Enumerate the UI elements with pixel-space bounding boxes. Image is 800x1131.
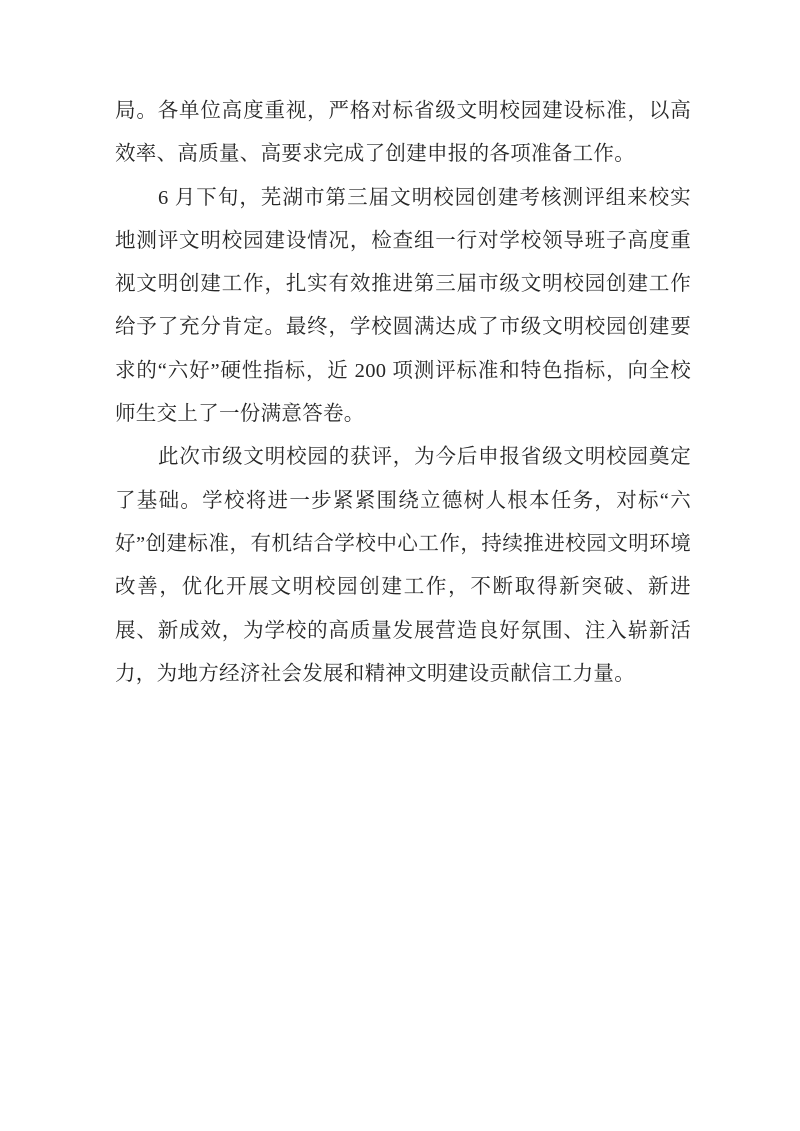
paragraph-evaluation-visit: 6 月下旬，芜湖市第三届文明校园创建考核测评组来校实地测评文明校园建设情况，检查…	[115, 177, 691, 437]
paragraph-future-plans: 此次市级文明校园的获评，为今后申报省级文明校园奠定了基础。学校将进一步紧紧围绕立…	[115, 436, 691, 696]
document-text-block: 局。各单位高度重视，严格对标省级文明校园建设标准，以高效率、高质量、高要求完成了…	[115, 90, 691, 696]
paragraph-continuation: 局。各单位高度重视，严格对标省级文明校园建设标准，以高效率、高质量、高要求完成了…	[115, 90, 691, 177]
document-page: 局。各单位高度重视，严格对标省级文明校园建设标准，以高效率、高质量、高要求完成了…	[0, 0, 800, 1131]
